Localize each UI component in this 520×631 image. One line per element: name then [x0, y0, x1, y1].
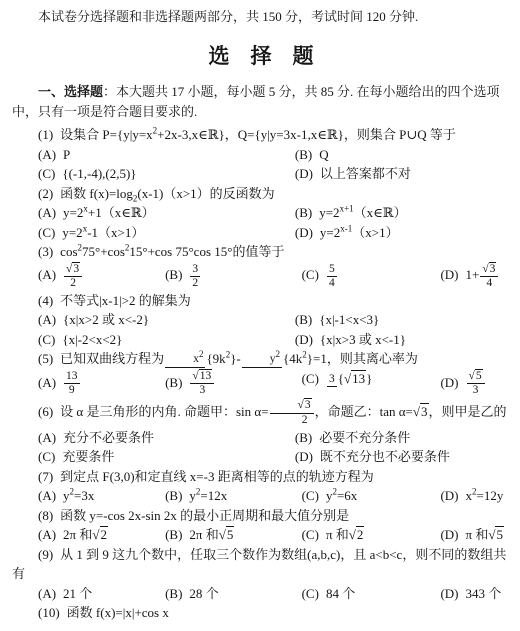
question-text: 不等式|x-1|>2 的解集为	[60, 293, 191, 308]
page-title: 选 择 题	[12, 41, 510, 73]
question-6: (6)设 α 是三角形的内角. 命题甲：sin α=√32，命题乙：tan α=…	[12, 398, 510, 466]
option-text: 84 个	[326, 586, 355, 601]
question-stem: (9)从 1 到 9 这九个数中，任取三个数作为数组(a,b,c)，且 a<b<…	[12, 545, 510, 584]
question-7: (7)到定点 F(3,0)和定直线 x=-3 距离相等的点的轨迹方程为(A)y2…	[12, 467, 510, 506]
option-text: 以上答案都不对	[320, 166, 411, 181]
option-label: (D)	[295, 332, 313, 347]
option-text: y=2x+1（x∈ℝ）	[319, 205, 406, 220]
option-text: 3{√13}	[326, 371, 372, 386]
option-a: (A)y=2x+1（x∈ℝ）	[38, 203, 293, 223]
option-d: (D)√53	[440, 369, 510, 398]
option-b: (B)√133	[165, 369, 300, 398]
question-stem: (6)设 α 是三角形的内角. 命题甲：sin α=√32，命题乙：tan α=…	[12, 398, 510, 427]
option-label: (D)	[440, 488, 458, 503]
option-label: (B)	[165, 488, 182, 503]
option-text: 既不充分也不必要条件	[320, 449, 450, 464]
option-d: (D){x|x>3 或 x<-1}	[295, 330, 512, 350]
option-c: (C)y2=6x	[302, 486, 439, 506]
question-text: cos275°+cos215°+cos 75°cos 15°的值等于	[60, 244, 284, 259]
option-label: (B)	[165, 586, 182, 601]
option-label: (D)	[440, 267, 458, 282]
option-text: √32	[63, 267, 83, 282]
option-text: 1+√34	[466, 267, 500, 282]
option-a: (A)2π 和√2	[38, 525, 163, 545]
option-label: (B)	[295, 205, 312, 220]
question-2: (2)函数 f(x)=log2(x-1)（x>1）的反函数为(A)y=2x+1（…	[12, 184, 510, 243]
option-d: (D)y=2x-1（x>1）	[295, 223, 512, 243]
option-c: (C)84 个	[302, 584, 439, 604]
option-d: (D)π 和√5	[440, 525, 510, 545]
option-text: y=2x-1（x>1）	[320, 225, 399, 240]
option-text: {(-1,-4),(2,5)}	[62, 166, 136, 181]
question-stem: (3)cos275°+cos215°+cos 75°cos 15°的值等于	[12, 242, 510, 262]
option-text: {x|x>2 或 x<-2}	[63, 312, 149, 327]
option-d: (D)x2=12y	[440, 486, 510, 506]
question-text: 设集合 P={y|y=x2+2x-3,x∈ℝ}，Q={y|y=3x-1,x∈ℝ}…	[60, 127, 456, 142]
options: (A)139(B)√133(C)3{√13}(D)√53	[12, 369, 510, 398]
option-label: (C)	[302, 488, 319, 503]
option-label: (A)	[38, 586, 56, 601]
option-text: 2π 和√5	[189, 526, 234, 542]
option-text: 充分不必要条件	[63, 430, 154, 445]
option-text: 32	[189, 267, 201, 282]
exam-page: 本试卷分选择题和非选择题两部分，共 150 分，考试时间 120 分钟. 选 择…	[0, 0, 520, 623]
question-1: (1)设集合 P={y|y=x2+2x-3,x∈ℝ}，Q={y|y=3x-1,x…	[12, 125, 510, 184]
option-label: (B)	[165, 375, 182, 390]
option-label: (D)	[440, 527, 458, 542]
option-c: (C)3{√13}	[302, 369, 439, 398]
option-label: (D)	[295, 449, 313, 464]
question-number: (10)	[38, 605, 60, 620]
question-stem: (8)函数 y=-cos 2x-sin 2x 的最小正周期和最大值分别是	[12, 506, 510, 526]
option-text: 2π 和√2	[63, 526, 108, 542]
question-text: 从 1 到 9 这九个数中，任取三个数作为数组(a,b,c)，且 a<b<c，则…	[12, 547, 506, 582]
option-text: √53	[466, 375, 486, 390]
option-label: (B)	[165, 527, 182, 542]
option-text: π 和√5	[466, 526, 504, 542]
page-intro: 本试卷分选择题和非选择题两部分，共 150 分，考试时间 120 分钟.	[12, 7, 510, 27]
option-text: P	[63, 147, 70, 162]
option-label: (C)	[302, 267, 319, 282]
option-text: x2=12y	[466, 488, 504, 503]
question-number: (3)	[38, 244, 53, 259]
option-label: (D)	[295, 166, 313, 181]
question-stem: (10)函数 f(x)=|x|+cos x	[12, 603, 510, 623]
option-text: y2=12x	[189, 488, 227, 503]
question-5: (5)已知双曲线方程为x2{9k2}-y2{4k2}=1，则其离心率为(A)13…	[12, 349, 510, 398]
option-c: (C)充要条件	[38, 447, 293, 467]
option-c: (C)π 和√2	[302, 525, 439, 545]
option-d: (D)既不充分也不必要条件	[295, 447, 512, 467]
question-number: (6)	[38, 404, 53, 419]
option-a: (A)充分不必要条件	[38, 428, 293, 448]
option-label: (A)	[38, 527, 56, 542]
option-b: (B)28 个	[165, 584, 300, 604]
question-text: 函数 f(x)=log2(x-1)（x>1）的反函数为	[60, 186, 275, 201]
option-b: (B)必要不充分条件	[295, 428, 512, 448]
option-text: 343 个	[466, 586, 502, 601]
option-text: {x|-2<x<2}	[62, 332, 122, 347]
option-text: y=2x+1（x∈ℝ）	[63, 205, 155, 220]
option-c: (C)y=2x-1（x>1）	[38, 223, 293, 243]
option-text: y2=6x	[326, 488, 357, 503]
question-number: (7)	[38, 469, 53, 484]
question-10: (10)函数 f(x)=|x|+cos x	[12, 603, 510, 623]
question-text: 已知双曲线方程为x2{9k2}-y2{4k2}=1，则其离心率为	[60, 351, 418, 366]
option-text: 28 个	[189, 586, 218, 601]
option-b: (B)y2=12x	[165, 486, 300, 506]
options: (A)21 个(B)28 个(C)84 个(D)343 个	[12, 584, 510, 604]
option-text: {x|x>3 或 x<-1}	[320, 332, 406, 347]
option-text: 139	[63, 375, 81, 390]
question-text: 设 α 是三角形的内角. 命题甲：sin α=√32，命题乙：tan α=√3，…	[60, 404, 506, 419]
question-stem: (7)到定点 F(3,0)和定直线 x=-3 距离相等的点的轨迹方程为	[12, 467, 510, 487]
question-number: (8)	[38, 508, 53, 523]
option-b: (B)2π 和√5	[165, 525, 300, 545]
question-stem: (2)函数 f(x)=log2(x-1)（x>1）的反函数为	[12, 184, 510, 204]
option-label: (C)	[302, 371, 319, 386]
options: (A)P(B)Q(C){(-1,-4),(2,5)}(D)以上答案都不对	[12, 145, 510, 184]
option-text: Q	[319, 147, 328, 162]
options: (A)√32(B)32(C)54(D)1+√34	[12, 262, 510, 291]
option-label: (D)	[295, 225, 313, 240]
option-a: (A)21 个	[38, 584, 163, 604]
question-number: (5)	[38, 351, 53, 366]
option-label: (C)	[302, 527, 319, 542]
question-3: (3)cos275°+cos215°+cos 75°cos 15°的值等于(A)…	[12, 242, 510, 291]
option-a: (A){x|x>2 或 x<-2}	[38, 310, 293, 330]
option-a: (A)P	[38, 145, 293, 165]
option-text: {x|-1<x<3}	[319, 312, 379, 327]
option-label: (C)	[38, 449, 55, 464]
option-a: (A)y2=3x	[38, 486, 163, 506]
option-c: (C){x|-2<x<2}	[38, 330, 293, 350]
option-label: (D)	[440, 375, 458, 390]
option-a: (A)√32	[38, 262, 163, 291]
option-label: (B)	[295, 312, 312, 327]
question-list: (1)设集合 P={y|y=x2+2x-3,x∈ℝ}，Q={y|y=3x-1,x…	[12, 125, 510, 623]
question-stem: (4)不等式|x-1|>2 的解集为	[12, 291, 510, 311]
option-d: (D)343 个	[440, 584, 510, 604]
options: (A)y2=3x(B)y2=12x(C)y2=6x(D)x2=12y	[12, 486, 510, 506]
option-c: (C){(-1,-4),(2,5)}	[38, 164, 293, 184]
option-label: (A)	[38, 267, 56, 282]
options: (A)y=2x+1（x∈ℝ）(B)y=2x+1（x∈ℝ）(C)y=2x-1（x>…	[12, 203, 510, 242]
question-9: (9)从 1 到 9 这九个数中，任取三个数作为数组(a,b,c)，且 a<b<…	[12, 545, 510, 604]
section-intro: 一、选择题：本大题共 17 小题，每小题 5 分，共 85 分. 在每小题给出的…	[12, 82, 510, 121]
option-label: (C)	[38, 225, 55, 240]
option-text: 必要不充分条件	[319, 430, 410, 445]
option-b: (B)32	[165, 262, 300, 291]
option-label: (A)	[38, 430, 56, 445]
question-4: (4)不等式|x-1|>2 的解集为(A){x|x>2 或 x<-2}(B){x…	[12, 291, 510, 350]
option-label: (A)	[38, 375, 56, 390]
question-text: 函数 f(x)=|x|+cos x	[67, 605, 169, 620]
option-label: (B)	[165, 267, 182, 282]
option-a: (A)139	[38, 369, 163, 398]
option-b: (B){x|-1<x<3}	[295, 310, 512, 330]
section-lead: 一、选择题	[38, 84, 103, 99]
option-text: y=2x-1（x>1）	[62, 225, 144, 240]
question-number: (9)	[38, 547, 53, 562]
option-label: (B)	[295, 147, 312, 162]
option-text: 21 个	[63, 586, 92, 601]
option-d: (D)1+√34	[440, 262, 510, 291]
question-number: (2)	[38, 186, 53, 201]
question-number: (4)	[38, 293, 53, 308]
options: (A){x|x>2 或 x<-2}(B){x|-1<x<3}(C){x|-2<x…	[12, 310, 510, 349]
option-text: 54	[326, 267, 338, 282]
option-text: π 和√2	[326, 526, 364, 542]
option-b: (B)Q	[295, 145, 512, 165]
option-label: (A)	[38, 205, 56, 220]
option-label: (C)	[38, 166, 55, 181]
option-label: (A)	[38, 147, 56, 162]
option-d: (D)以上答案都不对	[295, 164, 512, 184]
question-8: (8)函数 y=-cos 2x-sin 2x 的最小正周期和最大值分别是(A)2…	[12, 506, 510, 545]
question-text: 到定点 F(3,0)和定直线 x=-3 距离相等的点的轨迹方程为	[60, 469, 374, 484]
question-stem: (1)设集合 P={y|y=x2+2x-3,x∈ℝ}，Q={y|y=3x-1,x…	[12, 125, 510, 145]
option-label: (A)	[38, 312, 56, 327]
option-label: (D)	[440, 586, 458, 601]
question-text: 函数 y=-cos 2x-sin 2x 的最小正周期和最大值分别是	[60, 508, 349, 523]
option-label: (A)	[38, 488, 56, 503]
option-label: (C)	[302, 586, 319, 601]
option-text: y2=3x	[63, 488, 94, 503]
option-text: 充要条件	[62, 449, 114, 464]
options: (A)2π 和√2(B)2π 和√5(C)π 和√2(D)π 和√5	[12, 525, 510, 545]
question-stem: (5)已知双曲线方程为x2{9k2}-y2{4k2}=1，则其离心率为	[12, 349, 510, 369]
options: (A)充分不必要条件(B)必要不充分条件(C)充要条件(D)既不充分也不必要条件	[12, 428, 510, 467]
option-b: (B)y=2x+1（x∈ℝ）	[295, 203, 512, 223]
option-c: (C)54	[302, 262, 439, 291]
option-label: (C)	[38, 332, 55, 347]
question-number: (1)	[38, 127, 53, 142]
option-text: √133	[189, 375, 215, 390]
option-label: (B)	[295, 430, 312, 445]
